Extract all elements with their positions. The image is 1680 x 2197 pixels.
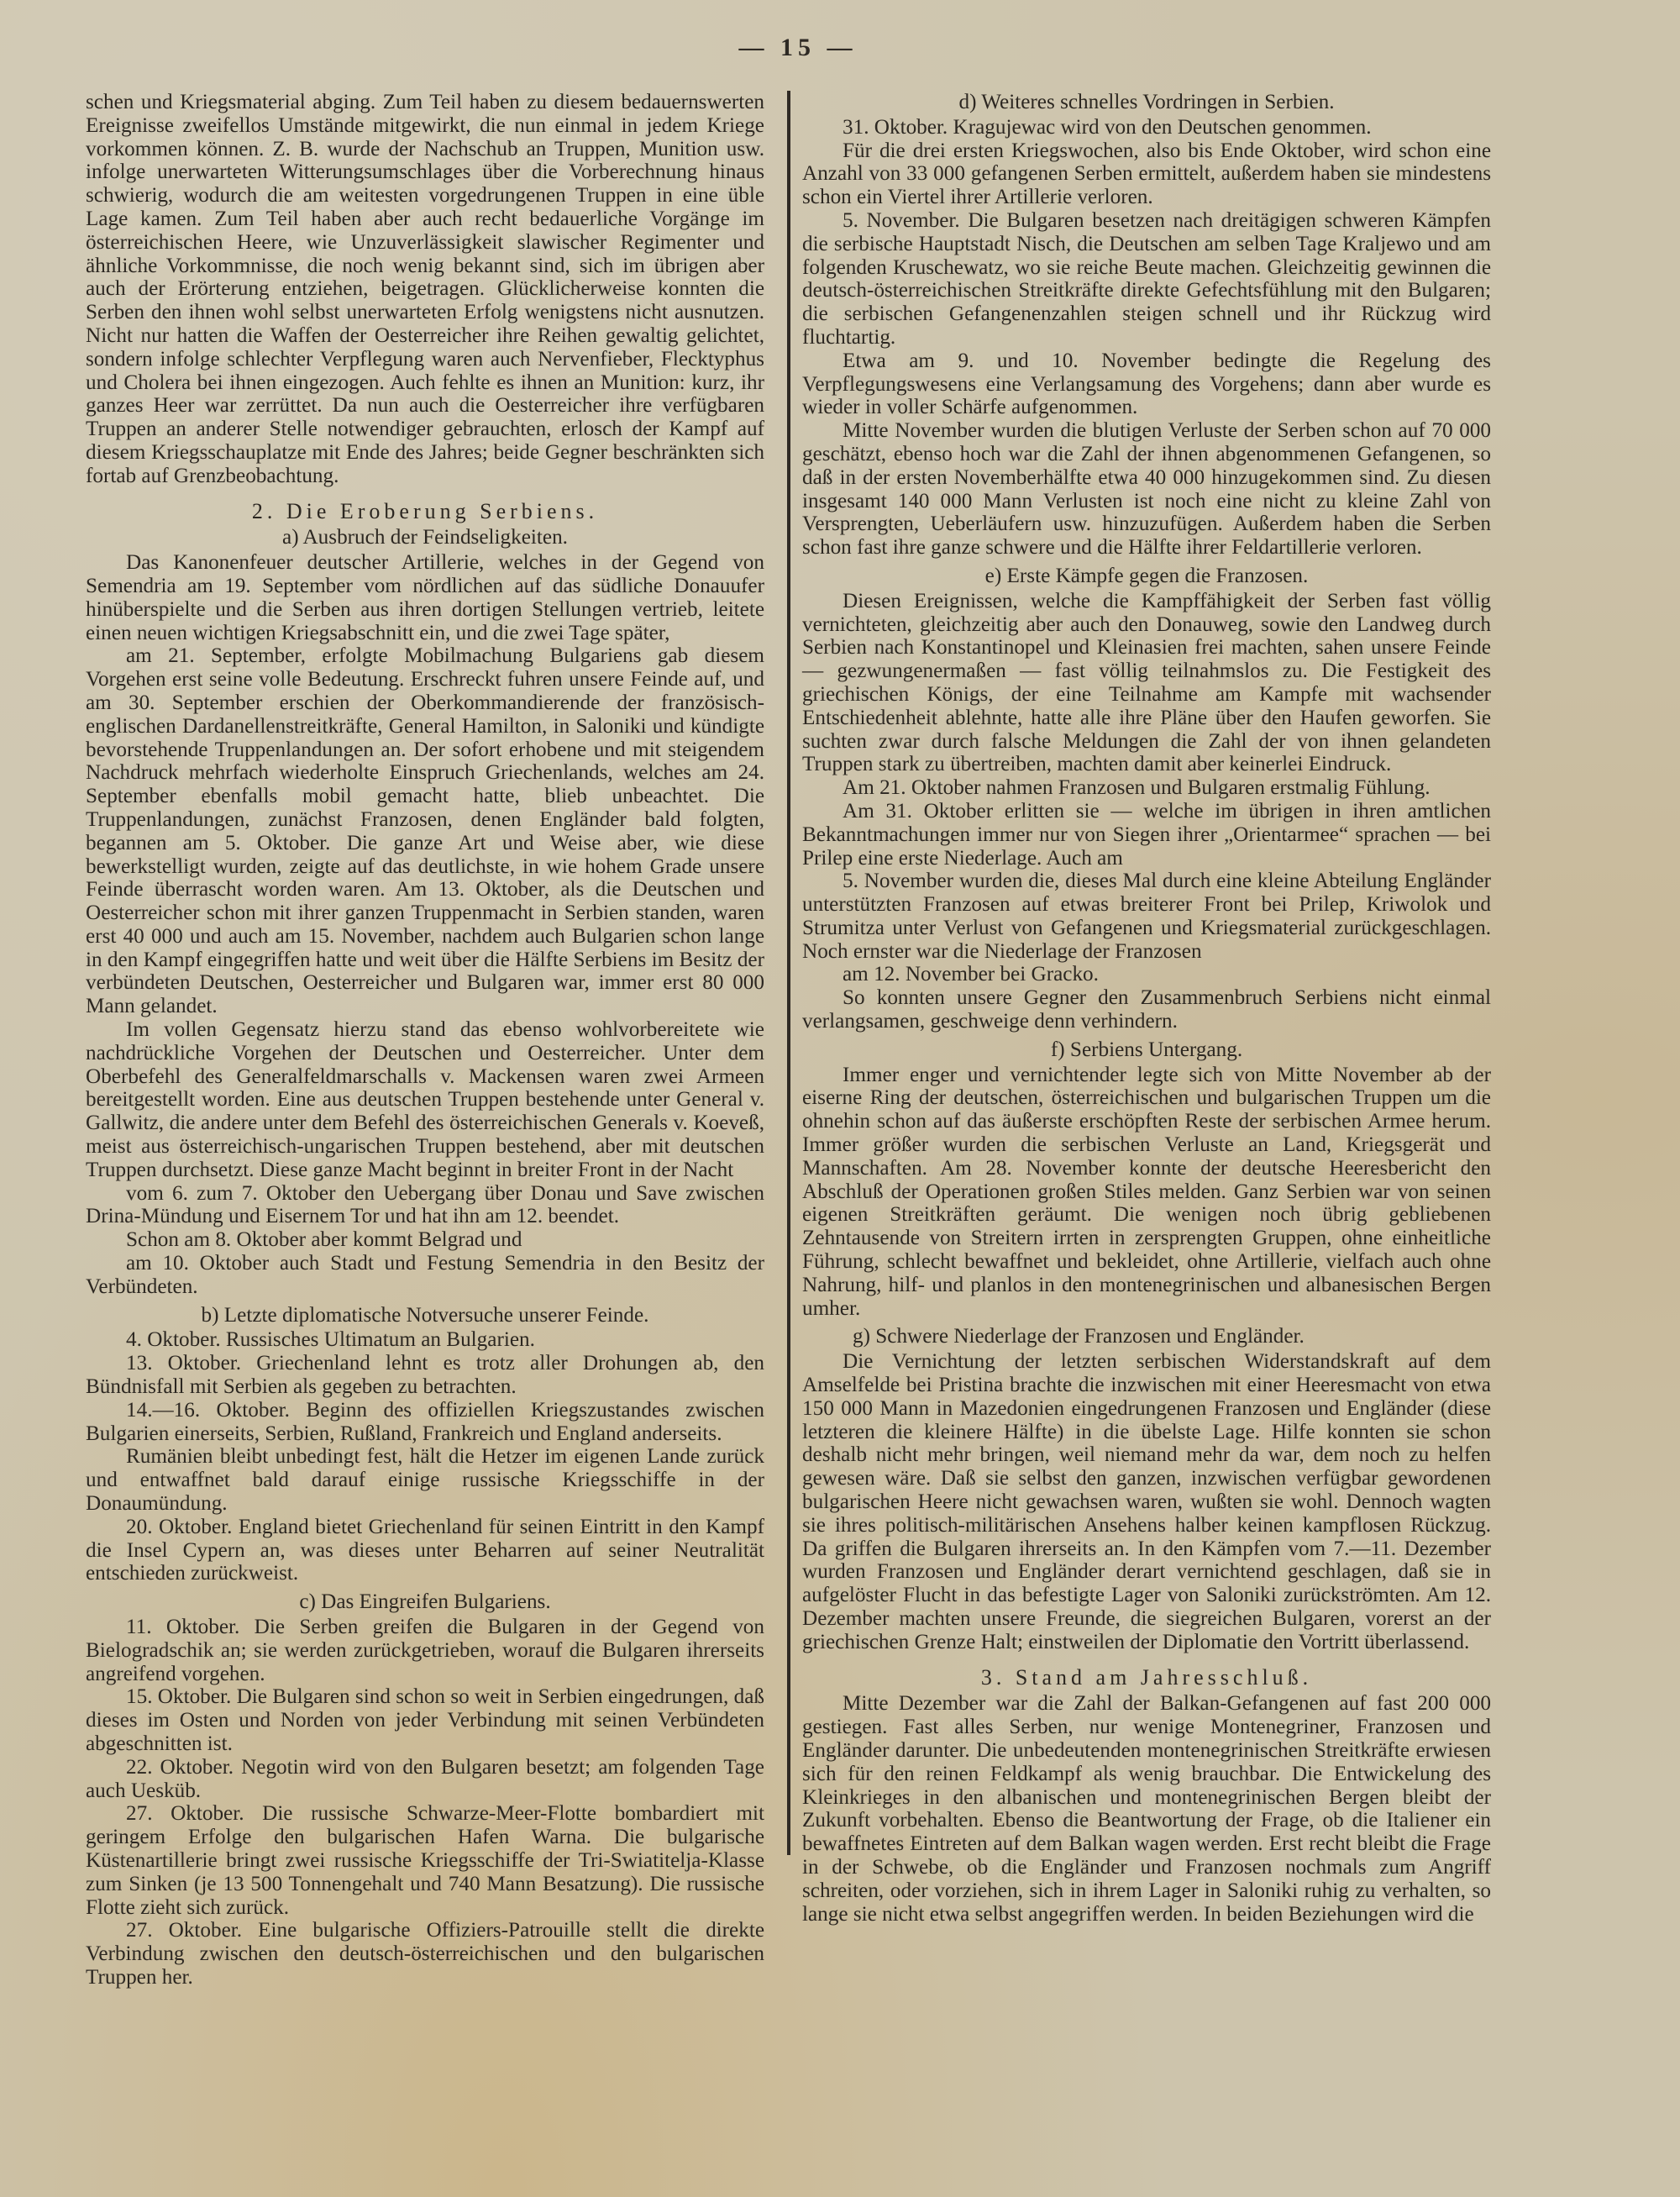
paragraph: 27. Oktober. Eine bulgarische Offiziers-…	[86, 1919, 764, 1989]
paragraph: 15. Oktober. Die Bulgaren sind schon so …	[86, 1685, 764, 1755]
paragraph: Rumänien bleibt unbedingt fest, hält die…	[86, 1445, 764, 1515]
section-heading: 3. Stand am Jahresschluß.	[802, 1666, 1491, 1690]
subsection-heading: c) Das Eingreifen Bulgariens.	[86, 1590, 764, 1614]
subsection-heading: g) Schwere Niederlage der Franzosen und …	[802, 1325, 1491, 1348]
paragraph: Für die drei ersten Kriegswochen, also b…	[802, 139, 1491, 209]
paragraph: So konnten unsere Gegner den Zusammenbru…	[802, 986, 1491, 1033]
paragraph: 27. Oktober. Die russische Schwarze-Meer…	[86, 1802, 764, 1919]
paragraph: Mitte Dezember war die Zahl der Balkan-G…	[802, 1692, 1491, 1926]
subsection-heading: a) Ausbruch der Feindseligkeiten.	[86, 526, 764, 549]
paragraph: Etwa am 9. und 10. November bedingte die…	[802, 350, 1491, 419]
paragraph: 31. Oktober. Kragujewac wird von den Deu…	[802, 116, 1491, 139]
left-column: schen und Kriegsmaterial abging. Zum Tei…	[86, 91, 764, 1989]
paragraph: vom 6. zum 7. Oktober den Uebergang über…	[86, 1182, 764, 1229]
paragraph: am 12. November bei Gracko.	[802, 963, 1491, 986]
paragraph: 5. November wurden die, dieses Mal durch…	[802, 870, 1491, 963]
subsection-heading: e) Erste Kämpfe gegen die Franzosen.	[802, 565, 1491, 588]
paragraph: schen und Kriegsmaterial abging. Zum Tei…	[86, 91, 764, 488]
section-heading: 2. Die Eroberung Serbiens.	[86, 500, 764, 523]
subsection-heading: b) Letzte diplomatische Notversuche unse…	[86, 1304, 764, 1327]
paragraph: Am 21. Oktober nahmen Franzosen und Bulg…	[802, 776, 1491, 800]
paragraph: Das Kanonenfeuer deutscher Artillerie, w…	[86, 551, 764, 644]
paragraph: 5. November. Die Bulgaren besetzen nach …	[802, 209, 1491, 350]
paragraph: Immer enger und vernichtender legte sich…	[802, 1064, 1491, 1321]
paragraph: Im vollen Gegensatz hierzu stand das ebe…	[86, 1018, 764, 1182]
paragraph: 13. Oktober. Griechenland lehnt es trotz…	[86, 1352, 764, 1399]
paragraph: Mitte November wurden die blutigen Verlu…	[802, 419, 1491, 560]
paragraph: 22. Oktober. Negotin wird von den Bulgar…	[86, 1756, 764, 1803]
paragraph: Diesen Ereignissen, welche die Kampffähi…	[802, 590, 1491, 776]
subsection-heading: d) Weiteres schnelles Vordringen in Serb…	[802, 91, 1491, 114]
paragraph: am 21. September, erfolgte Mobilmachung …	[86, 644, 764, 1018]
paragraph: 4. Oktober. Russisches Ultimatum an Bulg…	[86, 1328, 764, 1352]
page-number: — 15 —	[722, 34, 874, 62]
paragraph: Schon am 8. Oktober aber kommt Belgrad u…	[86, 1228, 764, 1252]
paragraph: am 10. Oktober auch Stadt und Festung Se…	[86, 1252, 764, 1299]
paragraph: Am 31. Oktober erlitten sie — welche im …	[802, 800, 1491, 870]
paragraph: Die Vernichtung der letzten serbischen W…	[802, 1350, 1491, 1653]
subsection-heading: f) Serbiens Untergang.	[802, 1038, 1491, 1062]
right-column: d) Weiteres schnelles Vordringen in Serb…	[802, 91, 1491, 1926]
paragraph: 11. Oktober. Die Serben greifen die Bulg…	[86, 1616, 764, 1685]
paragraph: 20. Oktober. England bietet Griechenland…	[86, 1516, 764, 1585]
paragraph: 14.—16. Oktober. Beginn des offiziellen …	[86, 1399, 764, 1446]
column-divider	[787, 91, 790, 1855]
